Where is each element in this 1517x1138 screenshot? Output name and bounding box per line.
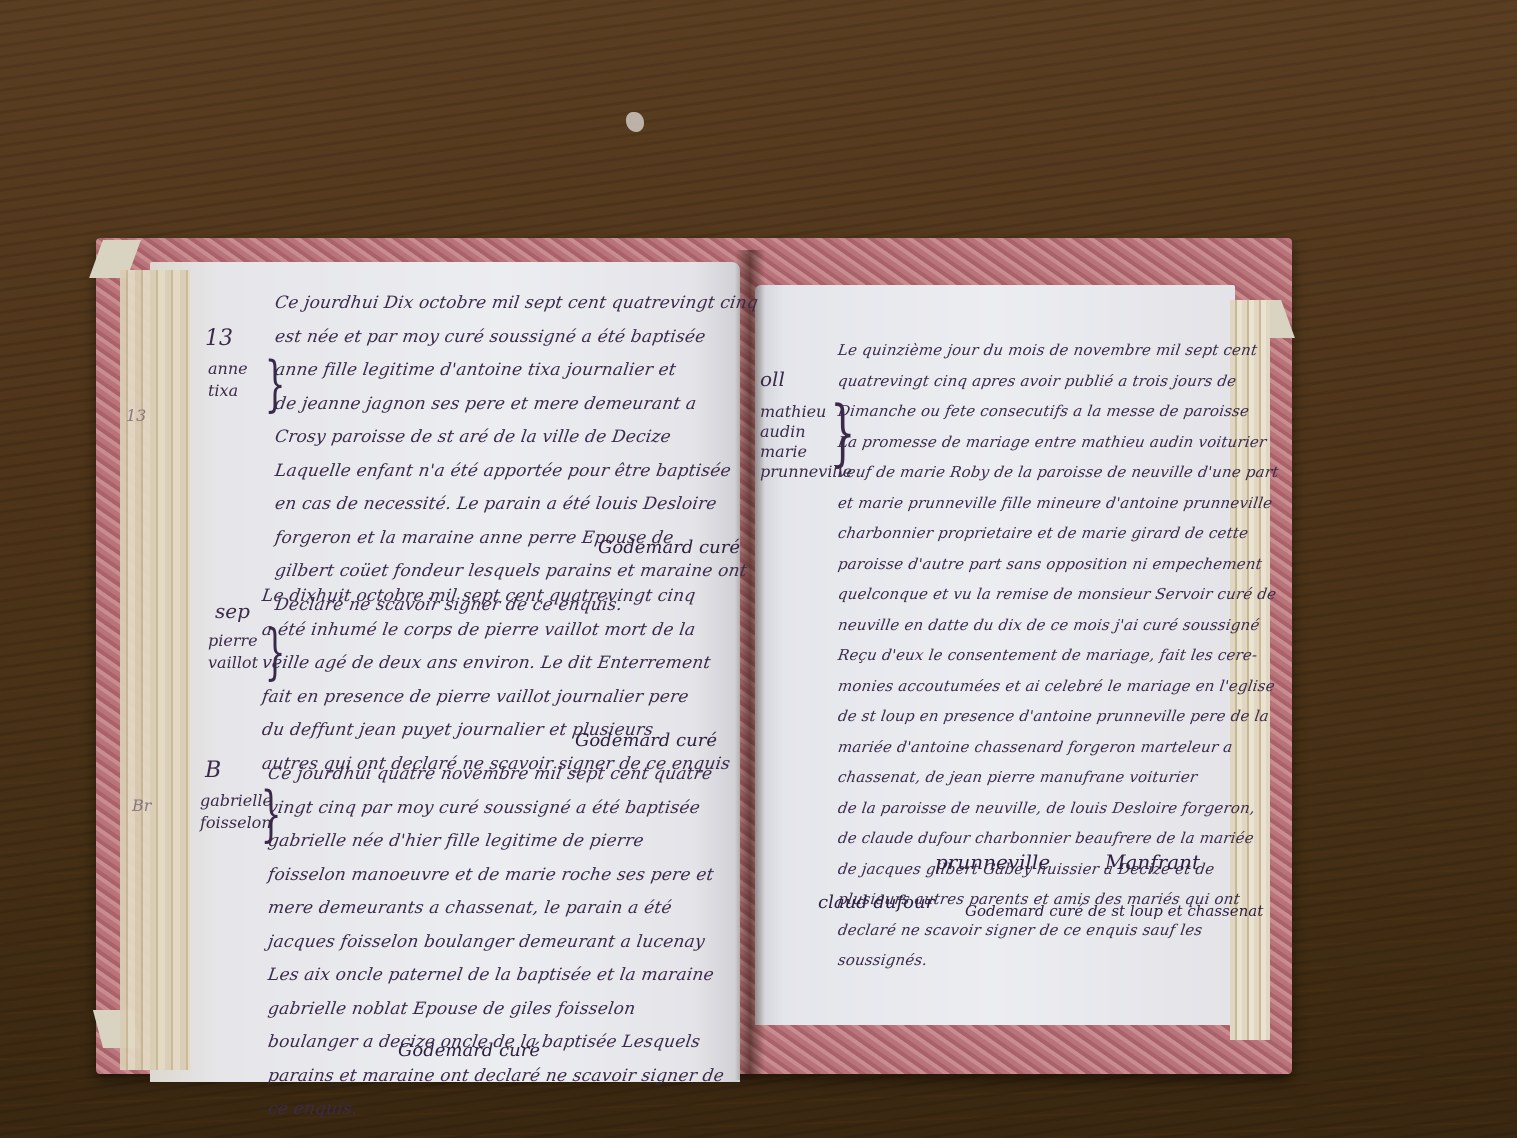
- signature: claud dufour: [818, 892, 934, 913]
- text-line: a été inhumé le corps de pierre vaillot …: [260, 614, 733, 648]
- text-line: quelconque et vu la remise de monsieur S…: [836, 579, 1281, 610]
- text-line: vingt cinq par moy curé soussigné a été …: [266, 792, 727, 826]
- entry-margin-name: pierre vaillot: [208, 630, 258, 674]
- edge-note: 13: [126, 405, 146, 427]
- text-line: ce enquis.: [266, 1093, 727, 1127]
- wood-speck: [626, 112, 644, 132]
- signature: Godemard curé: [398, 1040, 540, 1061]
- text-line: Ce jourdhui Dix octobre mil sept cent qu…: [273, 287, 760, 321]
- text-line: en cas de necessité. Le parain a été lou…: [273, 488, 760, 522]
- entry-margin-number: sep: [215, 600, 250, 622]
- signature: Godemard curé de st loup et chassenat: [965, 902, 1263, 920]
- entry-text: Le quinzième jour du mois de novembre mi…: [838, 335, 1278, 976]
- text-line: jacques foisselon boulanger demeurant a …: [266, 926, 727, 960]
- text-line: veille agé de deux ans environ. Le dit E…: [260, 647, 733, 681]
- margin-name-line: pierre: [208, 630, 258, 652]
- text-line: Les aix oncle paternel de la baptisée et…: [266, 959, 727, 993]
- text-line: gabrielle née d'hier fille legitime de p…: [266, 825, 727, 859]
- text-line: de jacques gilbert Gabey huissier a Deci…: [836, 854, 1281, 885]
- text-line: de claude dufour charbonnier beaufrere d…: [836, 823, 1281, 854]
- signature: Godemard curé: [575, 730, 717, 751]
- entry-text: Ce jourdhui quatre novembre mil sept cen…: [268, 758, 724, 1127]
- text-line: monies accoutumées et ai celebré le mari…: [836, 671, 1281, 702]
- text-line: est née et par moy curé soussigné a été …: [273, 321, 760, 355]
- text-line: Reçu d'eux le consentement de mariage, f…: [836, 640, 1281, 671]
- signature: Godemard curé: [598, 537, 740, 558]
- margin-name-line: vaillot: [208, 652, 258, 674]
- text-line: et marie prunneville fille mineure d'ant…: [836, 488, 1281, 519]
- text-line: Le dixhuit octobre mil sept cent quatrev…: [260, 580, 733, 614]
- text-line: Le quinzième jour du mois de novembre mi…: [836, 335, 1281, 366]
- entry-margin-number: B: [205, 760, 221, 782]
- margin-name-line: tixa: [208, 380, 248, 402]
- text-line: chassenat, de jean pierre manufrane voit…: [836, 762, 1281, 793]
- text-line: neuville en datte du dix de ce mois j'ai…: [836, 610, 1281, 641]
- entry-margin-number: 13: [205, 328, 233, 350]
- text-line: de st loup en presence d'antoine prunnev…: [836, 701, 1281, 732]
- signature: prunneville: [935, 850, 1050, 874]
- entry-margin-number: oll: [760, 368, 785, 390]
- text-line: gabrielle noblat Epouse de giles foissel…: [266, 993, 727, 1027]
- entry-margin-name: anne tixa: [208, 358, 248, 402]
- text-line: de jeanne jagnon ses pere et mere demeur…: [273, 388, 760, 422]
- text-line: Laquelle enfant n'a été apportée pour êt…: [273, 455, 760, 489]
- signature: Manfrant: [1105, 850, 1200, 874]
- text-line: quatrevingt cinq apres avoir publié a tr…: [836, 366, 1281, 397]
- text-line: foisselon manoeuvre et de marie roche se…: [266, 859, 727, 893]
- text-line: anne fille legitime d'antoine tixa journ…: [273, 354, 760, 388]
- text-line: parains et maraine ont declaré ne scavoi…: [266, 1060, 727, 1094]
- edge-note: Br: [132, 795, 151, 817]
- left-page-frayed-edge: [120, 270, 190, 1070]
- text-line: fait en presence de pierre vaillot journ…: [260, 681, 733, 715]
- text-line: mere demeurants a chassenat, le parain a…: [266, 892, 727, 926]
- text-line: Ce jourdhui quatre novembre mil sept cen…: [266, 758, 727, 792]
- margin-name-line: anne: [208, 358, 248, 380]
- text-line: paroisse d'autre part sans opposition ni…: [836, 549, 1281, 580]
- entry-text: Ce jourdhui Dix octobre mil sept cent qu…: [275, 287, 758, 622]
- text-line: charbonnier proprietaire et de marie gir…: [836, 518, 1281, 549]
- text-line: La promesse de mariage entre mathieu aud…: [836, 427, 1281, 458]
- text-line: soussignés.: [836, 945, 1281, 976]
- text-line: veuf de marie Roby de la paroisse de neu…: [836, 457, 1281, 488]
- text-line: de la paroisse de neuville, de louis Des…: [836, 793, 1281, 824]
- text-line: Crosy paroisse de st aré de la ville de …: [273, 421, 760, 455]
- text-line: Dimanche ou fete consecutifs a la messe …: [836, 396, 1281, 427]
- text-line: mariée d'antoine chassenard forgeron mar…: [836, 732, 1281, 763]
